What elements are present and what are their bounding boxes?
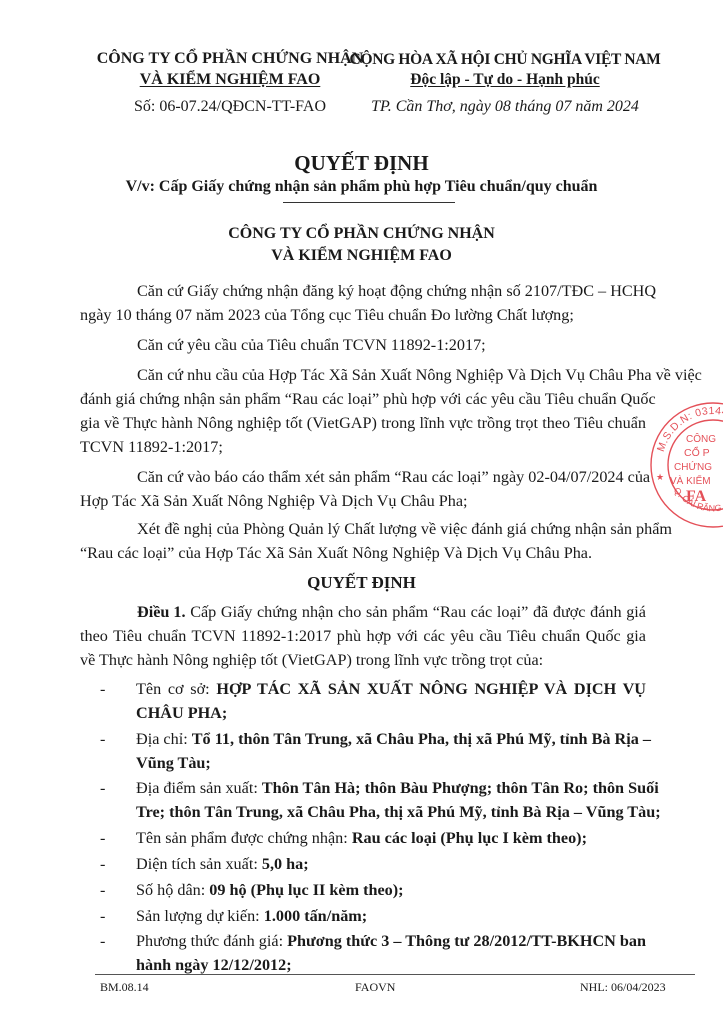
basis-3-line4: TCVN 11892-1:2017; [80,438,646,457]
list-item-continuation: hành ngày 12/12/2012; [136,956,646,975]
list-item: Tên sản phẩm được chứng nhận: Rau các lo… [136,829,646,848]
article-1-text: Cấp Giấy chứng nhận cho sản phẩm “Rau cá… [186,603,646,622]
basis-1-line2: ngày 10 tháng 07 năm 2023 của Tổng cục T… [80,306,646,325]
basis-3-line2: đánh giá chứng nhận sản phẩm “Rau các lo… [80,390,646,409]
list-bullet: - [100,829,105,848]
stamp-star-icon: ★ [656,472,664,482]
list-item-value: HỢP TÁC XÃ SẢN XUẤT NÔNG NGHIỆP VÀ DỊCH … [216,680,646,698]
stamp-inner-line1: CÔNG [686,432,716,445]
list-item-label: Tên cơ sở: [136,680,216,698]
list-item-value: 5,0 ha; [262,855,309,873]
list-item: Địa chỉ: Tổ 11, thôn Tân Trung, xã Châu … [136,730,646,749]
document-number: Số: 06-07.24/QĐCN-TT-FAO [80,98,380,116]
basis-2: Căn cứ yêu cầu của Tiêu chuẩn TCVN 11892… [80,336,646,355]
list-bullet: - [100,881,105,900]
basis-5-line1: Xét đề nghị của Phòng Quản lý Chất lượng… [80,520,646,539]
basis-5-line2: “Rau các loại” của Hợp Tác Xã Sản Xuất N… [80,544,646,563]
list-item: Số hộ dân: 09 hộ (Phụ lục II kèm theo); [136,881,646,900]
org-name-line1: CÔNG TY CỔ PHẦN CHỨNG NHẬN [80,50,380,68]
place-and-date: TP. Cần Thơ, ngày 08 tháng 07 năm 2024 [340,98,670,116]
stamp-inner-line4: VÀ KIỂM [670,474,711,487]
list-bullet: - [100,730,105,749]
footer-brand: FAOVN [355,980,395,995]
list-item-value: 09 hộ (Phụ lục II kèm theo); [209,881,403,899]
decision-document-page: CÔNG TY CỔ PHẦN CHỨNG NHẬN VÀ KIỂM NGHIỆ… [0,0,723,1024]
list-bullet: - [100,855,105,874]
list-bullet: - [100,680,105,699]
list-item-label: Tên sản phẩm được chứng nhận: [136,829,352,847]
list-item: Phương thức đánh giá: Phương thức 3 – Th… [136,932,646,951]
subject-underline [283,202,455,203]
motto-wrap: Độc lập - Tự do - Hạnh phúc [340,71,670,89]
list-item-label: Địa chỉ: [136,730,192,748]
list-item-value: Thôn Tân Hà; thôn Bàu Phượng; thôn Tân R… [262,779,659,797]
footer-rule [95,974,695,975]
basis-4-line1: Căn cứ vào báo cáo thẩm xét sản phẩm “Ra… [80,468,646,487]
list-item-continuation: Tre; thôn Tân Trung, xã Châu Pha, thị xã… [136,803,646,822]
basis-3-line1: Căn cứ nhu cầu của Hợp Tác Xã Sản Xuất N… [80,366,646,385]
list-item: Sản lượng dự kiến: 1.000 tấn/năm; [136,907,646,926]
org-name-line2-wrap: VÀ KIỂM NGHIỆM FAO [80,71,380,89]
org-name-line2: VÀ KIỂM NGHIỆM FAO [140,71,321,88]
list-bullet: - [100,907,105,926]
list-item: Địa điểm sản xuất: Thôn Tân Hà; thôn Bàu… [136,779,646,798]
article-1-label: Điều 1. [137,603,186,622]
decision-heading: QUYẾT ĐỊNH [0,573,723,593]
nation-name: CỘNG HÒA XÃ HỘI CHỦ NGHĨA VIỆT NAM [340,51,670,69]
list-item-label: Địa điểm sản xuất: [136,779,262,797]
footer-issue-date: NHL: 06/04/2023 [580,980,666,995]
article-1-line1: Điều 1. Cấp Giấy chứng nhận cho sản phẩm… [80,603,646,622]
list-item-continuation: CHÂU PHA; [136,704,646,723]
company-seal-stamp: M.S.D.N: 03144 Q. CÁI RĂNG ★ CÔNG CỔ P C… [648,400,723,530]
list-item: Tên cơ sở: HỢP TÁC XÃ SẢN XUẤT NÔNG NGHI… [136,680,646,699]
article-1-line3: về Thực hành Nông nghiệp tốt (VietGAP) t… [80,651,646,670]
list-item-label: Sản lượng dự kiến: [136,907,264,925]
stamp-inner-line5: FA [686,488,707,505]
basis-3-line3: gia về Thực hành Nông nghiệp tốt (VietGA… [80,414,646,433]
list-item-value: 1.000 tấn/năm; [264,907,367,925]
list-item-label: Phương thức đánh giá: [136,932,287,950]
footer-form-code: BM.08.14 [100,980,149,995]
list-item: Diện tích sản xuất: 5,0 ha; [136,855,646,874]
basis-1-line1: Căn cứ Giấy chứng nhận đăng ký hoạt động… [80,282,646,301]
stamp-inner-line2: CỔ P [684,446,710,459]
basis-4-line2: Hợp Tác Xã Sản Xuất Nông Nghiệp Và Dịch … [80,492,646,511]
list-item-value: Rau các loại (Phụ lục I kèm theo); [352,829,587,847]
national-motto: Độc lập - Tự do - Hạnh phúc [410,71,599,88]
list-bullet: - [100,932,105,951]
list-item-label: Diện tích sản xuất: [136,855,262,873]
list-item-value: Phương thức 3 – Thông tư 28/2012/TT-BKHC… [287,932,646,950]
list-bullet: - [100,779,105,798]
article-1-line2: theo Tiêu chuẩn TCVN 11892-1:2017 phù hợ… [80,627,646,646]
list-item-continuation: Vũng Tàu; [136,754,646,773]
list-item-value: Tổ 11, thôn Tân Trung, xã Châu Pha, thị … [192,730,651,748]
list-item-label: Số hộ dân: [136,881,209,899]
stamp-inner-line3: CHỨNG [674,460,712,473]
issuer-line2: VÀ KIỂM NGHIỆM FAO [0,247,723,265]
document-title: QUYẾT ĐỊNH [0,151,723,176]
document-subject: V/v: Cấp Giấy chứng nhận sản phẩm phù hợ… [0,178,723,196]
issuer-line1: CÔNG TY CỔ PHẦN CHỨNG NHẬN [0,225,723,243]
